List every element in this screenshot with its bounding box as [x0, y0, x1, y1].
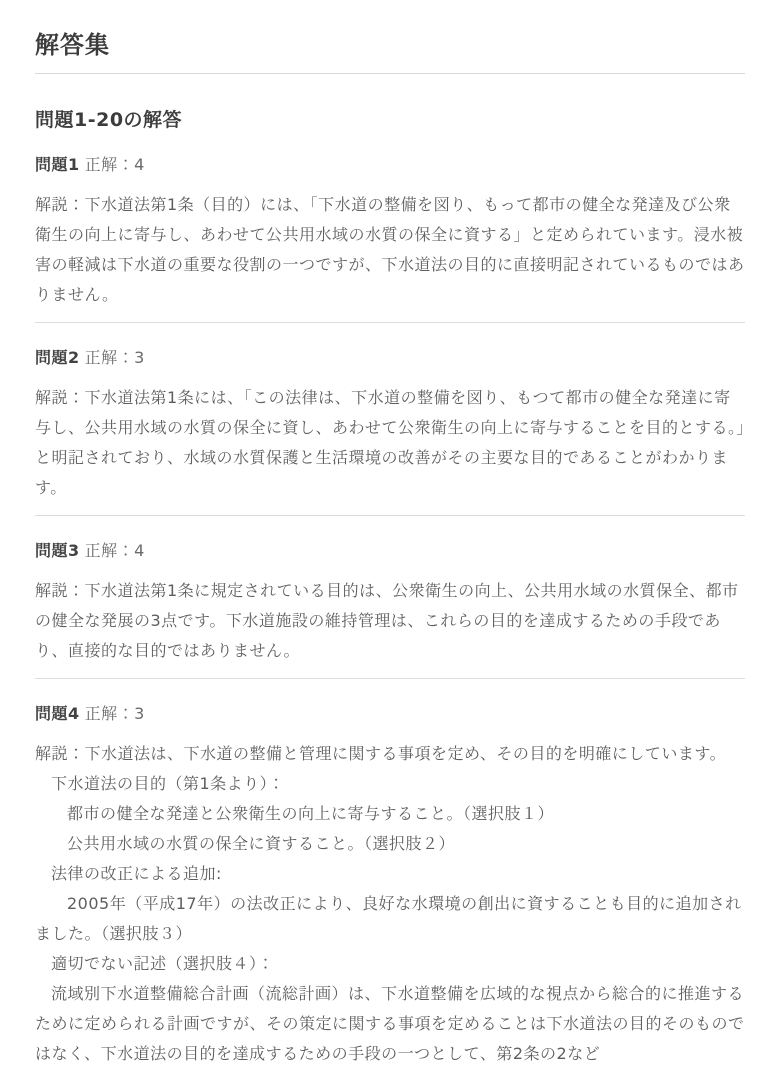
question-divider	[35, 322, 745, 323]
question-answer: 正解：3	[85, 704, 145, 723]
question-divider	[35, 678, 745, 679]
question-explanation: 解説：下水道法第1条に規定されている目的は、公衆衛生の向上、公共用水域の水質保全…	[35, 576, 745, 666]
explanation-line: 流域別下水道整備総合計画（流総計画）は、下水道整備を広域的な視点から総合的に推進…	[35, 979, 745, 1069]
explanation-line: 解説：下水道法第1条に規定されている目的は、公衆衛生の向上、公共用水域の水質保全…	[35, 576, 745, 666]
question-header: 問題3正解：4	[35, 540, 745, 561]
questions-list: 問題1正解：4 解説：下水道法第1条（目的）には、「下水道の整備を図り、もって都…	[35, 154, 745, 1080]
document-page: 解答集 問題1-20の解答 問題1正解：4 解説：下水道法第1条（目的）には、「…	[0, 0, 779, 1080]
explanation-line: 解説：下水道法第1条（目的）には、「下水道の整備を図り、もって都市の健全な発達及…	[35, 190, 745, 310]
question-explanation: 解説：下水道法第1条には、「この法律は、下水道の整備を図り、もつて都市の健全な発…	[35, 383, 745, 503]
question-answer: 正解：3	[85, 348, 145, 367]
question-block: 問題4正解：3 解説：下水道法は、下水道の整備と管理に関する事項を定め、その目的…	[35, 703, 745, 1080]
question-divider	[35, 515, 745, 516]
question-number: 問題4	[35, 704, 80, 723]
explanation-line: 2005年（平成17年）の法改正により、良好な水環境の創出に資することも目的に追…	[35, 889, 745, 949]
question-answer: 正解：4	[85, 541, 145, 560]
explanation-line: 解説：下水道法第1条には、「この法律は、下水道の整備を図り、もつて都市の健全な発…	[35, 383, 745, 503]
question-number: 問題3	[35, 541, 80, 560]
question-block: 問題2正解：3 解説：下水道法第1条には、「この法律は、下水道の整備を図り、もつ…	[35, 347, 745, 516]
question-answer: 正解：4	[85, 155, 145, 174]
explanation-line: 下水道法の目的（第1条より）：	[35, 769, 745, 799]
explanation-line: 都市の健全な発達と公衆衛生の向上に寄与すること。（選択肢１）	[35, 799, 745, 829]
question-block: 問題3正解：4 解説：下水道法第1条に規定されている目的は、公衆衛生の向上、公共…	[35, 540, 745, 679]
question-number: 問題2	[35, 348, 80, 367]
explanation-line: 解説：下水道法は、下水道の整備と管理に関する事項を定め、その目的を明確にしていま…	[35, 739, 745, 769]
question-header: 問題1正解：4	[35, 154, 745, 175]
page-title: 解答集	[35, 30, 745, 60]
question-explanation: 解説：下水道法は、下水道の整備と管理に関する事項を定め、その目的を明確にしていま…	[35, 739, 745, 1069]
explanation-line: 法律の改正による追加:	[35, 859, 745, 889]
explanation-line: 適切でない記述（選択肢４）：	[35, 949, 745, 979]
question-block: 問題1正解：4 解説：下水道法第1条（目的）には、「下水道の整備を図り、もって都…	[35, 154, 745, 323]
section-heading: 問題1-20の解答	[35, 108, 745, 132]
question-header: 問題4正解：3	[35, 703, 745, 724]
question-number: 問題1	[35, 155, 80, 174]
question-explanation: 解説：下水道法第1条（目的）には、「下水道の整備を図り、もって都市の健全な発達及…	[35, 190, 745, 310]
explanation-line: 公共用水域の水質の保全に資すること。（選択肢２）	[35, 829, 745, 859]
question-header: 問題2正解：3	[35, 347, 745, 368]
title-divider	[35, 73, 745, 74]
